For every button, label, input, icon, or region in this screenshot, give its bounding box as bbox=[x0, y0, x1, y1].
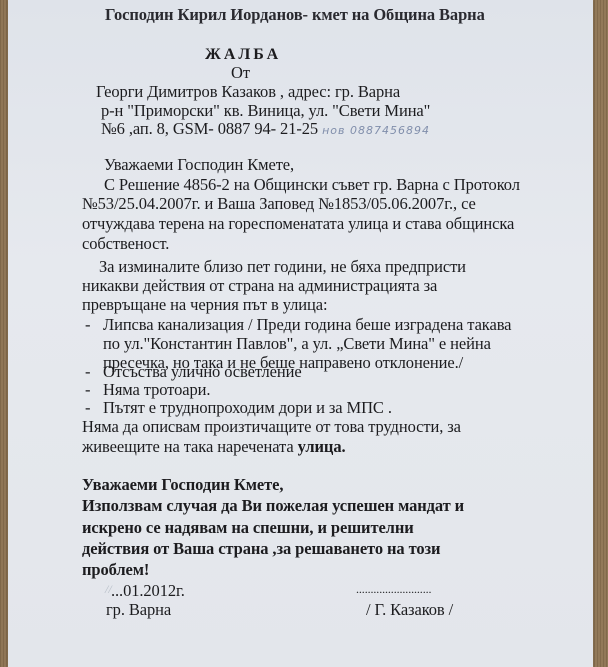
paragraph1-line-2: №53/25.04.2007г. и Ваша Заповед №1853/05… bbox=[82, 194, 476, 214]
paragraph3-line-2-text: живеещите на така наречената bbox=[82, 437, 298, 456]
signature-name: / Г. Казаков / bbox=[366, 600, 453, 620]
bullet-4: Пътят е труднопроходим дори и за МПС . bbox=[103, 398, 392, 418]
signature-line: .......................... bbox=[356, 579, 431, 599]
closing-line-2: искрено се надявам на спешни, и решителн… bbox=[82, 518, 414, 538]
bullet-dash-icon: - bbox=[85, 380, 91, 400]
closing-salutation: Уважаеми Господин Кмете, bbox=[82, 475, 283, 495]
bullet-1-line-2: по ул."Константин Павлов", а ул. „Свети … bbox=[103, 334, 491, 354]
bullet-dash-icon: - bbox=[85, 315, 91, 335]
paragraph1-line-4: собственост. bbox=[82, 234, 169, 254]
footer-date: ...01.2012г. bbox=[111, 581, 185, 601]
closing-line-1: Използвам случая да Ви пожелая успешен м… bbox=[82, 496, 464, 516]
paragraph2-line-2: никакви действия от страна на администра… bbox=[82, 276, 437, 296]
paragraph3-line-2: живеещите на така наречената улица. bbox=[82, 437, 346, 457]
paragraph2-line-3: превръщане на черния път в улица: bbox=[82, 295, 327, 315]
bullet-3: Няма тротоари. bbox=[103, 380, 210, 400]
sender-address-phone: №6 ,ап. 8, GSM- 0887 94- 21-25 bbox=[101, 119, 318, 138]
sender-line-1: Георги Димитров Казаков , адрес: гр. Вар… bbox=[96, 82, 400, 102]
paragraph1-line-3: отчуждава терена на гореспоменатата улиц… bbox=[82, 214, 514, 234]
bullet-dash-icon: - bbox=[85, 362, 91, 382]
handwritten-phone-note: нов 0887456894 bbox=[322, 124, 430, 137]
sender-line-2: р-н "Приморски" кв. Виница, ул. "Свети М… bbox=[101, 101, 430, 121]
paragraph1-line-1: С Решение 4856-2 на Общински съвет гр. В… bbox=[104, 175, 520, 195]
closing-line-3: действия от Ваша страна ,за решаването н… bbox=[82, 539, 440, 559]
salutation: Уважаеми Господин Кмете, bbox=[104, 155, 294, 175]
footer-city: гр. Варна bbox=[106, 600, 171, 620]
complaint-letter-paper: Господин Кирил Йорданов- кмет на Община … bbox=[8, 0, 593, 667]
addressee-header: Господин Кирил Йорданов- кмет на Община … bbox=[105, 5, 485, 25]
document-title: ЖАЛБА bbox=[205, 45, 281, 65]
bullet-2: Отсъства улично осветление bbox=[103, 362, 302, 382]
paragraph3-line-1: Няма да описвам произтичащите от това тр… bbox=[82, 417, 461, 437]
sender-line-3: №6 ,ап. 8, GSM- 0887 94- 21-25 нов 08874… bbox=[101, 119, 430, 141]
bullet-dash-icon: - bbox=[85, 398, 91, 418]
bullet-1-line-1: Липсва канализация / Преди година беше и… bbox=[103, 315, 511, 335]
from-label: От bbox=[231, 63, 250, 83]
emphasized-street-word: улица. bbox=[298, 437, 346, 456]
paragraph2-line-1: За изминалите близо пет години, не бяха … bbox=[99, 257, 466, 277]
closing-line-4: проблем! bbox=[82, 560, 149, 580]
